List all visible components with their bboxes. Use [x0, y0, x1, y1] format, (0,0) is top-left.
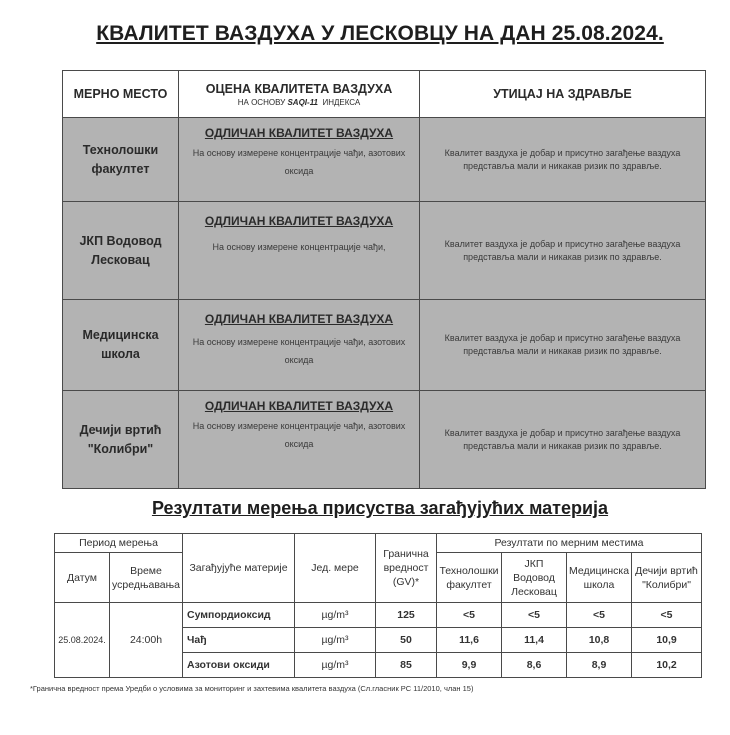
assessment-cell: ОДЛИЧАН КВАЛИТЕТ ВАЗДУХАНа основу измере… [179, 118, 420, 202]
header-period: Период мерења [55, 534, 183, 553]
value-cell: 10,2 [632, 653, 702, 678]
header-unit: Јед. мере [295, 534, 376, 603]
health-cell: Квалитет ваздуха је добар и присутно заг… [420, 202, 706, 300]
value-cell: 8,6 [502, 653, 567, 678]
subtitle-suffix: ИНДЕКСА [322, 98, 360, 107]
date-cell: 25.08.2024. [55, 603, 110, 678]
table-row: Технолошкифакултет ОДЛИЧАН КВАЛИТЕТ ВАЗД… [63, 118, 706, 202]
pollutant-cell: Сумпордиоксид [183, 603, 295, 628]
value-cell: 8,9 [567, 653, 632, 678]
footnote: *Гранична вредност према Уредби о услови… [30, 684, 473, 693]
value-cell: 10,9 [632, 628, 702, 653]
unit-cell: µg/m³ [295, 603, 376, 628]
header-site: Дечији вртић "Колибри" [632, 553, 702, 603]
header-results-by-site: Резултати по мерним местима [437, 534, 702, 553]
grade-label: ОДЛИЧАН КВАЛИТЕТ ВАЗДУХА [183, 126, 415, 140]
header-pollutants: Загађујуће материје [183, 534, 295, 603]
limit-cell: 50 [376, 628, 437, 653]
header-site: Технолошки факултет [437, 553, 502, 603]
results-subtitle: Резултати мерења присуства загађујућих м… [0, 498, 730, 519]
unit-cell: µg/m³ [295, 653, 376, 678]
basis-text: На основу измерене концентрације чађи, а… [193, 148, 406, 176]
header-site: Медицинска школа [567, 553, 632, 603]
value-cell: 9,9 [437, 653, 502, 678]
assessment-cell: ОДЛИЧАН КВАЛИТЕТ ВАЗДУХАНа основу измере… [179, 391, 420, 489]
health-cell: Квалитет ваздуха је добар и присутно заг… [420, 391, 706, 489]
basis-text: На основу измерене концентрације чађи, [213, 242, 386, 252]
pollutant-cell: Азотови оксиди [183, 653, 295, 678]
basis-text: На основу измерене концентрације чађи, а… [193, 337, 406, 365]
header-assessment-subtitle: НА ОСНОВУ SAQI-11 ИНДЕКСА [180, 98, 418, 107]
header-assessment-title: ОЦЕНА КВАЛИТЕТА ВАЗДУХА [206, 82, 392, 96]
air-quality-assessment-table: МЕРНО МЕСТО ОЦЕНА КВАЛИТЕТА ВАЗДУХА НА О… [62, 70, 706, 489]
value-cell: 11,6 [437, 628, 502, 653]
assessment-cell: ОДЛИЧАН КВАЛИТЕТ ВАЗДУХАНа основу измере… [179, 300, 420, 391]
grade-label: ОДЛИЧАН КВАЛИТЕТ ВАЗДУХА [183, 399, 415, 413]
unit-cell: µg/m³ [295, 628, 376, 653]
value-cell: <5 [502, 603, 567, 628]
limit-cell: 85 [376, 653, 437, 678]
averaging-time-cell: 24:00h [110, 603, 183, 678]
location-cell: Дечији вртић"Колибри" [63, 391, 179, 489]
table-row: Дечији вртић"Колибри" ОДЛИЧАН КВАЛИТЕТ В… [63, 391, 706, 489]
results-header-row-1: Период мерења Загађујуће материје Јед. м… [55, 534, 702, 553]
header-date: Датум [55, 553, 110, 603]
header-location: МЕРНО МЕСТО [63, 71, 179, 118]
limit-cell: 125 [376, 603, 437, 628]
table-row: 25.08.2024. 24:00h Сумпордиоксид µg/m³ 1… [55, 603, 702, 628]
header-assessment: ОЦЕНА КВАЛИТЕТА ВАЗДУХА НА ОСНОВУ SAQI-1… [179, 71, 420, 118]
value-cell: <5 [437, 603, 502, 628]
header-site: ЈКП Водовод Лесковац [502, 553, 567, 603]
location-cell: Медицинскашкола [63, 300, 179, 391]
header-limit: Гранична вредност (GV)* [376, 534, 437, 603]
basis-text: На основу измерене концентрације чађи, а… [193, 421, 406, 449]
health-cell: Квалитет ваздуха је добар и присутно заг… [420, 300, 706, 391]
document-title: КВАЛИТЕТ ВАЗДУХА У ЛЕСКОВЦУ НА ДАН 25.08… [0, 22, 730, 46]
grade-label: ОДЛИЧАН КВАЛИТЕТ ВАЗДУХА [183, 312, 415, 326]
pollutant-results-table: Период мерења Загађујуће материје Јед. м… [54, 533, 702, 678]
pollutant-cell: Чађ [183, 628, 295, 653]
grade-label: ОДЛИЧАН КВАЛИТЕТ ВАЗДУХА [183, 214, 415, 228]
header-health: УТИЦАЈ НА ЗДРАВЉЕ [420, 71, 706, 118]
assessment-cell: ОДЛИЧАН КВАЛИТЕТ ВАЗДУХАНа основу измере… [179, 202, 420, 300]
table-row: Медицинскашкола ОДЛИЧАН КВАЛИТЕТ ВАЗДУХА… [63, 300, 706, 391]
index-name: SAQI-11 [287, 98, 318, 107]
value-cell: <5 [632, 603, 702, 628]
location-cell: ЈКП ВодоводЛесковац [63, 202, 179, 300]
value-cell: <5 [567, 603, 632, 628]
location-cell: Технолошкифакултет [63, 118, 179, 202]
table-header-row: МЕРНО МЕСТО ОЦЕНА КВАЛИТЕТА ВАЗДУХА НА О… [63, 71, 706, 118]
value-cell: 11,4 [502, 628, 567, 653]
health-cell: Квалитет ваздуха је добар и присутно заг… [420, 118, 706, 202]
header-averaging-time: Време усредњавања [110, 553, 183, 603]
subtitle-prefix: НА ОСНОВУ [238, 98, 286, 107]
table-row: ЈКП ВодоводЛесковац ОДЛИЧАН КВАЛИТЕТ ВАЗ… [63, 202, 706, 300]
value-cell: 10,8 [567, 628, 632, 653]
